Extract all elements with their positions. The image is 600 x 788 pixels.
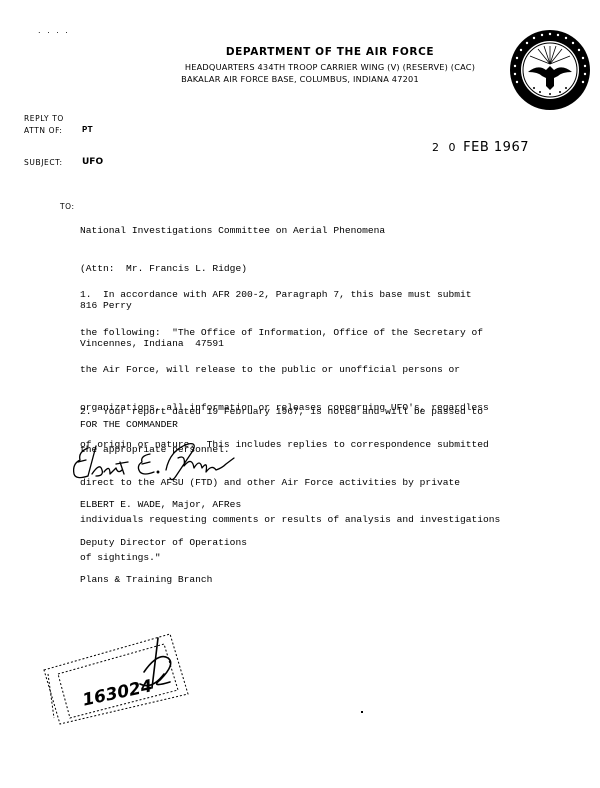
letterhead-address: BAKALAR AIR FORCE BASE, COLUMBUS, INDIAN… (110, 74, 490, 84)
date-day: 2 0 (432, 141, 459, 154)
attn-of-label: ATTN OF: (24, 126, 63, 135)
top-marks: . . . . (38, 26, 70, 35)
received-stamp-icon: 163024 (40, 628, 200, 728)
closing-line: FOR THE COMMANDER (80, 419, 178, 432)
letterhead-title: DEPARTMENT OF THE AIR FORCE (180, 46, 480, 58)
date-year: 1967 (494, 140, 529, 155)
signatory-name: ELBERT E. WADE, Major, AFRes (80, 499, 247, 512)
subject-label: SUBJECT: (24, 158, 63, 167)
to-label: TO: (60, 202, 75, 211)
paragraph-line: the following: "The Office of Informatio… (80, 327, 500, 340)
addressee-line: National Investigations Committee on Aer… (80, 225, 385, 238)
paragraph-line: 2. Your report dated 19 February 1967, i… (80, 406, 483, 419)
paragraph-line: 1. In accordance with AFR 200-2, Paragra… (80, 289, 500, 302)
department-of-defense-seal-icon (508, 28, 592, 112)
reply-to-label: REPLY TO (24, 114, 64, 123)
date-month: FEB (463, 140, 489, 155)
subject-value: UFO (82, 157, 103, 167)
date-stamp: 2 0 FEB 1967 (432, 140, 529, 155)
attn-of-value: PT (82, 125, 93, 135)
signatory-title: Deputy Director of Operations (80, 537, 247, 550)
signatory-branch: Plans & Training Branch (80, 574, 247, 587)
signature-block: ELBERT E. WADE, Major, AFRes Deputy Dire… (80, 474, 247, 599)
letterhead-headquarters: HEADQUARTERS 434TH TROOP CARRIER WING (V… (140, 62, 520, 72)
paragraph-line: the Air Force, will release to the publi… (80, 364, 500, 377)
scan-speck (361, 711, 363, 713)
